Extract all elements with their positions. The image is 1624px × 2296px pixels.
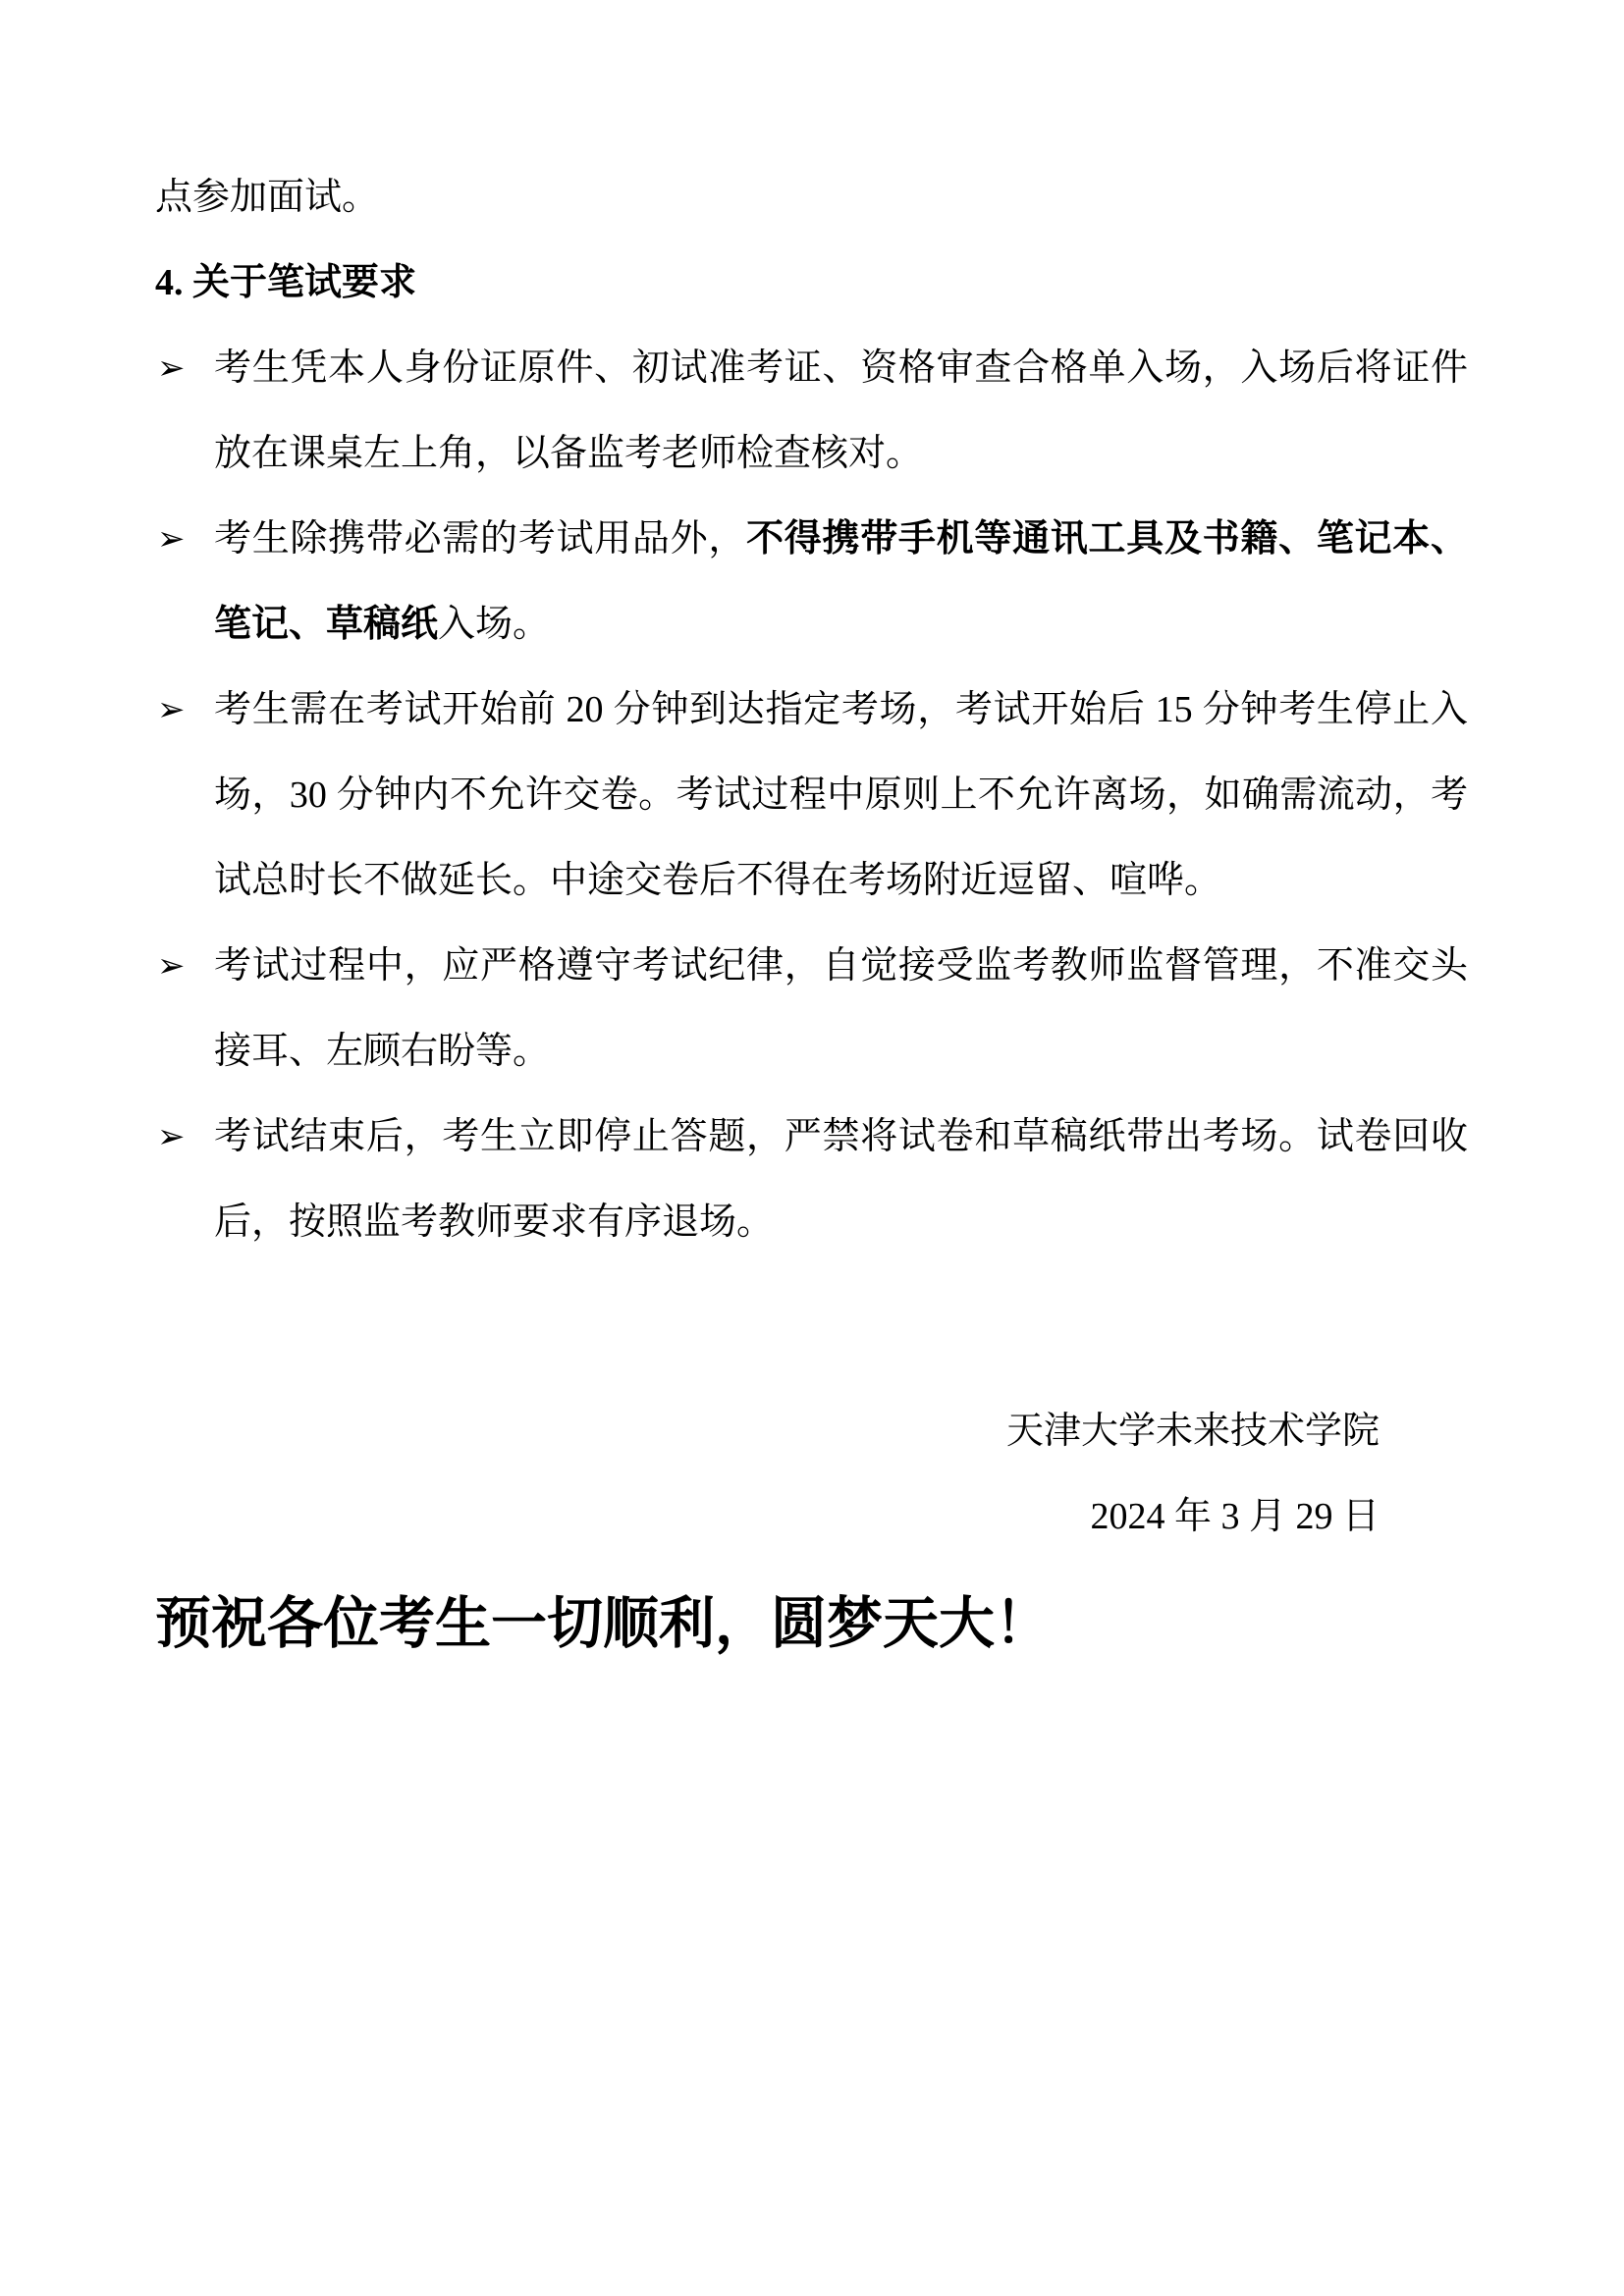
bullet-text: 考生需在考试开始前 20 分钟到达指定考场，考试开始后 15 分钟考生停止入场，…	[214, 689, 1468, 901]
section-heading: 4. 关于笔试要求	[155, 240, 1468, 326]
intro-line: 点参加面试。	[155, 155, 1468, 240]
bullet-item: ➢ 考生需在考试开始前 20 分钟到达指定考场，考试开始后 15 分钟考生停止入…	[155, 667, 1468, 924]
arrow-bullet-icon: ➢	[157, 1095, 186, 1180]
bullet-list: ➢ 考生凭本人身份证原件、初试准考证、资格审查合格单入场，入场后将证件放在课桌左…	[155, 326, 1468, 1265]
bullet-text-segment: 考生除携带必需的考试用品外，	[214, 518, 746, 560]
signature: 天津大学未来技术学院	[155, 1389, 1380, 1474]
bullet-text: 考试过程中，应严格遵守考试纪律，自觉接受监考教师监督管理，不准交头接耳、左顾右盼…	[214, 945, 1468, 1072]
bullet-item: ➢ 考生凭本人身份证原件、初试准考证、资格审查合格单入场，入场后将证件放在课桌左…	[155, 326, 1468, 497]
bullet-item: ➢ 考生除携带必需的考试用品外，不得携带手机等通讯工具及书籍、笔记本、笔记、草稿…	[155, 497, 1468, 667]
arrow-bullet-icon: ➢	[157, 924, 186, 1009]
bullet-item: ➢ 考试过程中，应严格遵守考试纪律，自觉接受监考教师监督管理，不准交头接耳、左顾…	[155, 924, 1468, 1095]
bullet-text: 考试结束后，考生立即停止答题，严禁将试卷和草稿纸带出考场。试卷回收后，按照监考教…	[214, 1116, 1468, 1243]
bullet-text: 考生凭本人身份证原件、初试准考证、资格审查合格单入场，入场后将证件放在课桌左上角…	[214, 347, 1468, 474]
bullet-text-segment: 入场。	[438, 604, 550, 645]
document-page: 点参加面试。 4. 关于笔试要求 ➢ 考生凭本人身份证原件、初试准考证、资格审查…	[0, 0, 1624, 2296]
arrow-bullet-icon: ➢	[157, 667, 186, 753]
closing-line: 预祝各位考生一切顺利，圆梦天大！	[155, 1575, 1468, 1674]
signature-block: 天津大学未来技术学院 2024 年 3 月 29 日	[155, 1389, 1468, 1560]
date: 2024 年 3 月 29 日	[155, 1474, 1380, 1560]
arrow-bullet-icon: ➢	[157, 497, 186, 582]
bullet-item: ➢ 考试结束后，考生立即停止答题，严禁将试卷和草稿纸带出考场。试卷回收后，按照监…	[155, 1095, 1468, 1265]
arrow-bullet-icon: ➢	[157, 326, 186, 411]
